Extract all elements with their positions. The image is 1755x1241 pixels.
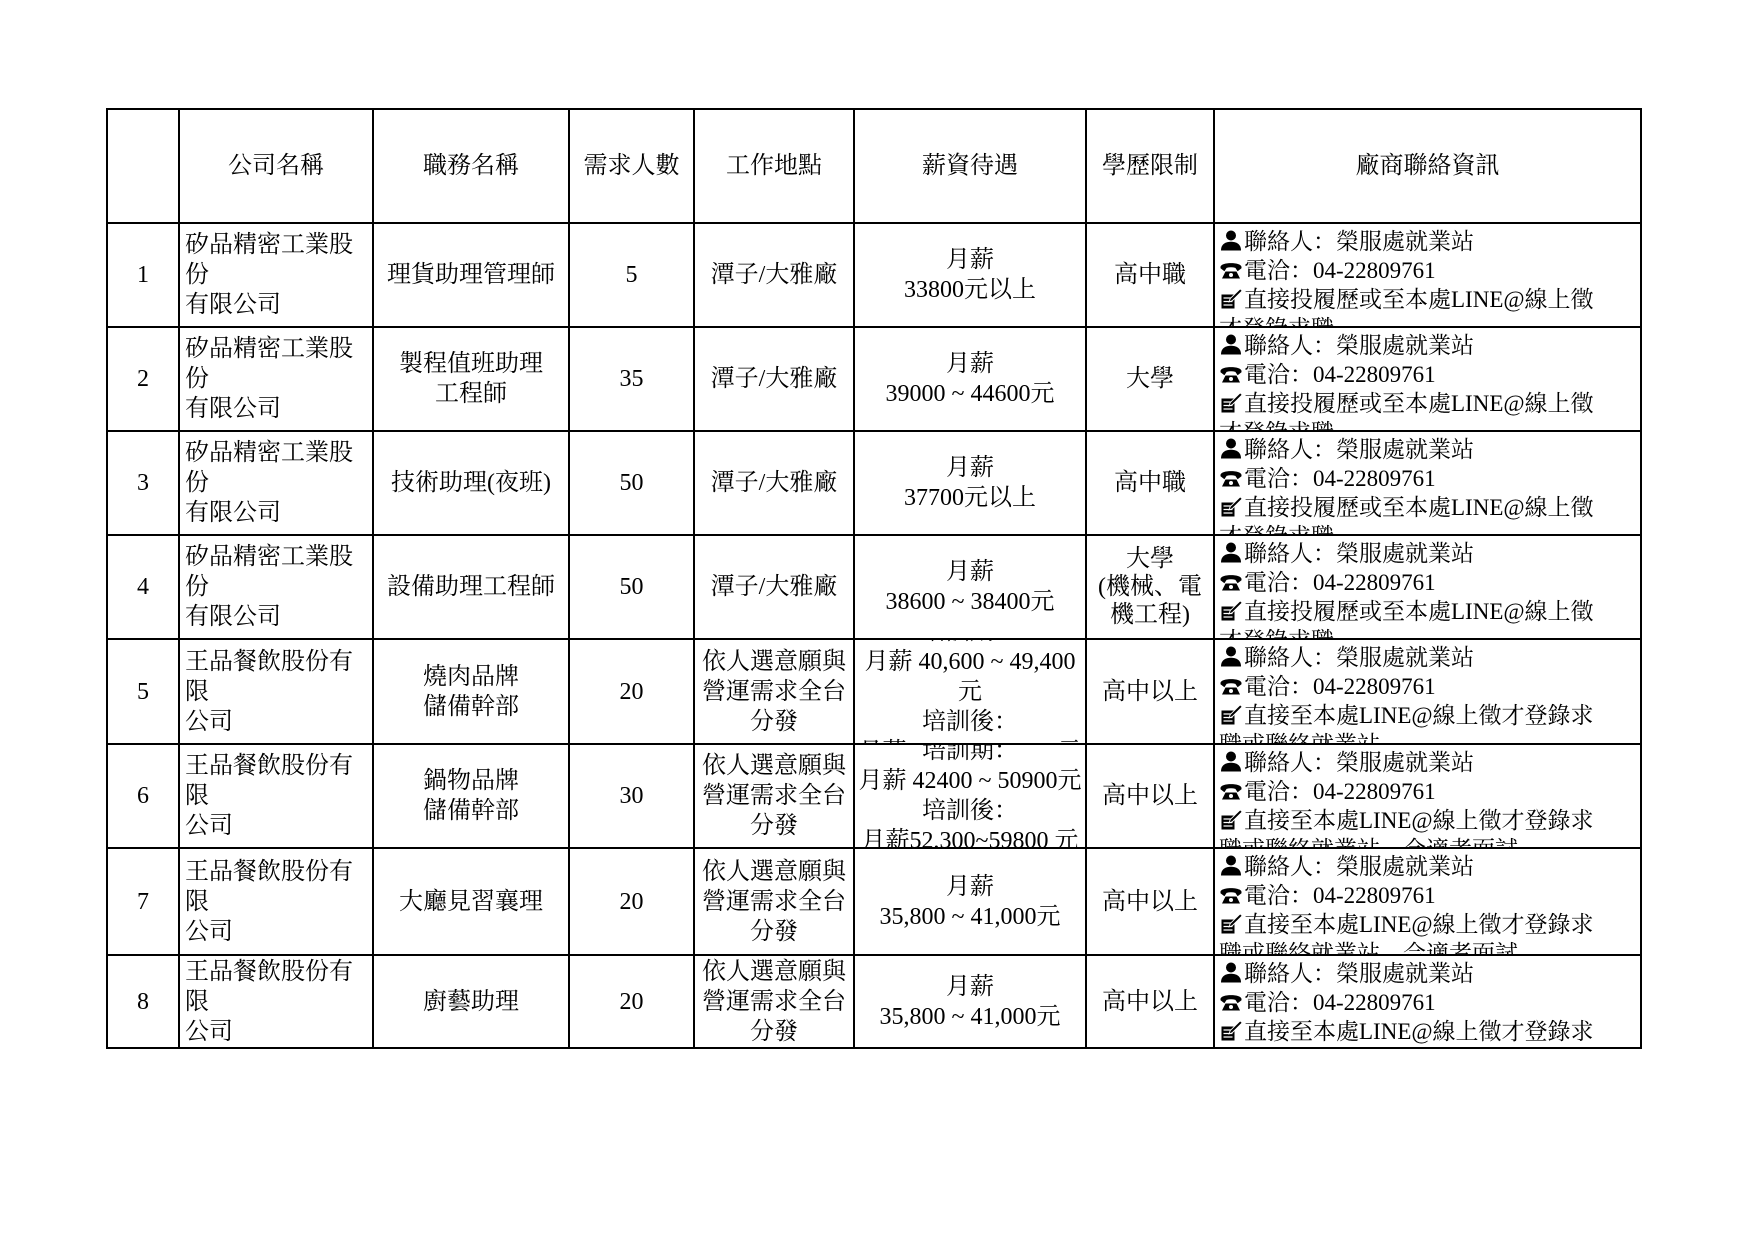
- contact-phone-line: 電洽：04-22809761: [1219, 881, 1638, 910]
- job-title-cell: 廚藝助理: [373, 955, 569, 1048]
- phone-icon: [1219, 466, 1243, 490]
- writing-hand-icon: [1219, 495, 1243, 519]
- person-icon: [1219, 437, 1243, 461]
- table-row: 5 王品餐飲股份有限 公司 燒肉品牌 儲備幹部 20 依人選意願與 營運需求全台…: [107, 639, 1641, 744]
- contact-method-line: 直接投履歷或至本處LINE@線上徵 才登錄求職。: [1219, 597, 1638, 638]
- table-row: 6 王品餐飲股份有限 公司 鍋物品牌 儲備幹部 30 依人選意願與 營運需求全台…: [107, 744, 1641, 848]
- phone-icon: [1219, 362, 1243, 386]
- contact-method-line: 直接至本處LINE@線上徵才登錄求 職或聯絡就業站。: [1219, 701, 1638, 743]
- headcount-cell: 50: [569, 431, 694, 535]
- contact-person-line: 聯絡人：榮服處就業站: [1219, 748, 1638, 777]
- salary-cell: 培訓期： 月薪 42400 ~ 50900元 培訓後： 月薪52,300~598…: [854, 744, 1086, 848]
- job-listing-sheet: 公司名稱 職務名稱 需求人數 工作地點 薪資待遇 學歷限制 廠商聯絡資訊 1 矽…: [106, 108, 1642, 1049]
- salary-cell: 培訓期： 月薪 40,600 ~ 49,400元 培訓後： 月薪49,300~5…: [854, 639, 1086, 744]
- job-title-cell: 理貨助理管理師: [373, 223, 569, 327]
- company-name-cell: 王品餐飲股份有限 公司: [179, 639, 373, 744]
- salary-cell: 月薪 35,800 ~ 41,000元: [854, 848, 1086, 955]
- vendor-contact-cell: 聯絡人：榮服處就業站 電洽：04-22809761: [1214, 327, 1641, 431]
- row-number-cell: 5: [107, 639, 179, 744]
- vendor-contact-cell: 聯絡人：榮服處就業站 電洽：04-22809761: [1214, 431, 1641, 535]
- contact-phone-line: 電洽：04-22809761: [1219, 464, 1638, 493]
- phone-icon: [1219, 570, 1243, 594]
- contact-person-line: 聯絡人：榮服處就業站: [1219, 227, 1638, 256]
- table-row: 8 王品餐飲股份有限 公司 廚藝助理 20 依人選意願與 營運需求全台 分發 月…: [107, 955, 1641, 1048]
- writing-hand-icon: [1219, 703, 1243, 727]
- phone-icon: [1219, 779, 1243, 803]
- headcount-cell: 20: [569, 955, 694, 1048]
- contact-method-line: 直接至本處LINE@線上徵才登錄求 職或聯絡就業站，合適者面試: [1219, 910, 1638, 954]
- writing-hand-icon: [1219, 808, 1243, 832]
- education-cell: 大學: [1086, 327, 1214, 431]
- header-salary: 薪資待遇: [854, 109, 1086, 223]
- person-icon: [1219, 645, 1243, 669]
- person-icon: [1219, 854, 1243, 878]
- company-name-cell: 矽品精密工業股份 有限公司: [179, 431, 373, 535]
- headcount-cell: 50: [569, 535, 694, 639]
- company-name-cell: 矽品精密工業股份 有限公司: [179, 535, 373, 639]
- table-row: 7 王品餐飲股份有限 公司 大廳見習襄理 20 依人選意願與 營運需求全台 分發…: [107, 848, 1641, 955]
- work-location-cell: 潭子/大雅廠: [694, 223, 854, 327]
- row-number-cell: 4: [107, 535, 179, 639]
- salary-cell: 月薪 37700元以上: [854, 431, 1086, 535]
- headcount-cell: 30: [569, 744, 694, 848]
- vendor-contact-cell: 聯絡人：榮服處就業站 電洽：04-22809761: [1214, 744, 1641, 848]
- contact-person-line: 聯絡人：榮服處就業站: [1219, 959, 1638, 988]
- table-row: 1 矽品精密工業股份 有限公司 理貨助理管理師 5 潭子/大雅廠 月薪 3380…: [107, 223, 1641, 327]
- contact-person-line: 聯絡人：榮服處就業站: [1219, 539, 1638, 568]
- salary-cell: 月薪 38600 ~ 38400元: [854, 535, 1086, 639]
- table-row: 2 矽品精密工業股份 有限公司 製程值班助理 工程師 35 潭子/大雅廠 月薪 …: [107, 327, 1641, 431]
- phone-icon: [1219, 258, 1243, 282]
- work-location-cell: 依人選意願與 營運需求全台 分發: [694, 639, 854, 744]
- contact-person-line: 聯絡人：榮服處就業站: [1219, 435, 1638, 464]
- vendor-contact-cell: 聯絡人：榮服處就業站 電洽：04-22809761: [1214, 955, 1641, 1048]
- phone-icon: [1219, 674, 1243, 698]
- work-location-cell: 潭子/大雅廠: [694, 431, 854, 535]
- contact-method-line: 直接投履歷或至本處LINE@線上徵 才登錄求職。: [1219, 389, 1638, 430]
- table-row: 3 矽品精密工業股份 有限公司 技術助理(夜班) 50 潭子/大雅廠 月薪 37…: [107, 431, 1641, 535]
- person-icon: [1219, 541, 1243, 565]
- person-icon: [1219, 750, 1243, 774]
- job-listings-table: 公司名稱 職務名稱 需求人數 工作地點 薪資待遇 學歷限制 廠商聯絡資訊 1 矽…: [106, 108, 1642, 1049]
- work-location-cell: 依人選意願與 營運需求全台 分發: [694, 848, 854, 955]
- headcount-cell: 20: [569, 848, 694, 955]
- contact-person-line: 聯絡人：榮服處就業站: [1219, 331, 1638, 360]
- job-title-cell: 技術助理(夜班): [373, 431, 569, 535]
- contact-phone-line: 電洽：04-22809761: [1219, 568, 1638, 597]
- header-education: 學歷限制: [1086, 109, 1214, 223]
- company-name-cell: 王品餐飲股份有限 公司: [179, 744, 373, 848]
- salary-cell: 月薪 35,800 ~ 41,000元: [854, 955, 1086, 1048]
- writing-hand-icon: [1219, 391, 1243, 415]
- person-icon: [1219, 333, 1243, 357]
- contact-phone-line: 電洽：04-22809761: [1219, 988, 1638, 1017]
- table-header: 公司名稱 職務名稱 需求人數 工作地點 薪資待遇 學歷限制 廠商聯絡資訊: [107, 109, 1641, 223]
- contact-method-line: 直接至本處LINE@線上徵才登錄求 職或聯絡就業站: [1219, 1017, 1638, 1047]
- header-vendor-contact: 廠商聯絡資訊: [1214, 109, 1641, 223]
- person-icon: [1219, 961, 1243, 985]
- contact-phone-line: 電洽：04-22809761: [1219, 672, 1638, 701]
- company-name-cell: 矽品精密工業股份 有限公司: [179, 223, 373, 327]
- contact-method-line: 直接投履歷或至本處LINE@線上徵 才登錄求職。: [1219, 493, 1638, 534]
- job-title-cell: 大廳見習襄理: [373, 848, 569, 955]
- education-cell: 高中以上: [1086, 848, 1214, 955]
- contact-phone-line: 電洽：04-22809761: [1219, 256, 1638, 285]
- job-title-cell: 製程值班助理 工程師: [373, 327, 569, 431]
- education-cell: 高中職: [1086, 431, 1214, 535]
- education-cell: 高中以上: [1086, 955, 1214, 1048]
- contact-phone-line: 電洽：04-22809761: [1219, 777, 1638, 806]
- header-job-title: 職務名稱: [373, 109, 569, 223]
- education-cell: 高中以上: [1086, 639, 1214, 744]
- writing-hand-icon: [1219, 287, 1243, 311]
- table-body: 1 矽品精密工業股份 有限公司 理貨助理管理師 5 潭子/大雅廠 月薪 3380…: [107, 223, 1641, 1048]
- vendor-contact-cell: 聯絡人：榮服處就業站 電洽：04-22809761: [1214, 223, 1641, 327]
- company-name-cell: 矽品精密工業股份 有限公司: [179, 327, 373, 431]
- salary-cell: 月薪 33800元以上: [854, 223, 1086, 327]
- phone-icon: [1219, 883, 1243, 907]
- row-number-cell: 8: [107, 955, 179, 1048]
- work-location-cell: 潭子/大雅廠: [694, 535, 854, 639]
- vendor-contact-cell: 聯絡人：榮服處就業站 電洽：04-22809761: [1214, 535, 1641, 639]
- job-title-cell: 設備助理工程師: [373, 535, 569, 639]
- table-row: 4 矽品精密工業股份 有限公司 設備助理工程師 50 潭子/大雅廠 月薪 386…: [107, 535, 1641, 639]
- header-row: 公司名稱 職務名稱 需求人數 工作地點 薪資待遇 學歷限制 廠商聯絡資訊: [107, 109, 1641, 223]
- work-location-cell: 依人選意願與 營運需求全台 分發: [694, 744, 854, 848]
- header-headcount: 需求人數: [569, 109, 694, 223]
- job-title-cell: 燒肉品牌 儲備幹部: [373, 639, 569, 744]
- phone-icon: [1219, 990, 1243, 1014]
- contact-phone-line: 電洽：04-22809761: [1219, 360, 1638, 389]
- education-cell: 大學 (機械、電機工程): [1086, 535, 1214, 639]
- headcount-cell: 5: [569, 223, 694, 327]
- writing-hand-icon: [1219, 599, 1243, 623]
- job-title-cell: 鍋物品牌 儲備幹部: [373, 744, 569, 848]
- vendor-contact-cell: 聯絡人：榮服處就業站 電洽：04-22809761: [1214, 639, 1641, 744]
- row-number-cell: 3: [107, 431, 179, 535]
- person-icon: [1219, 229, 1243, 253]
- vendor-contact-cell: 聯絡人：榮服處就業站 電洽：04-22809761: [1214, 848, 1641, 955]
- contact-method-line: 直接投履歷或至本處LINE@線上徵 才登錄求職。: [1219, 285, 1638, 326]
- header-index: [107, 109, 179, 223]
- headcount-cell: 20: [569, 639, 694, 744]
- row-number-cell: 6: [107, 744, 179, 848]
- company-name-cell: 王品餐飲股份有限 公司: [179, 955, 373, 1048]
- headcount-cell: 35: [569, 327, 694, 431]
- header-location: 工作地點: [694, 109, 854, 223]
- work-location-cell: 潭子/大雅廠: [694, 327, 854, 431]
- contact-method-line: 直接至本處LINE@線上徵才登錄求 職或聯絡就業站，合適者面試: [1219, 806, 1638, 847]
- row-number-cell: 2: [107, 327, 179, 431]
- work-location-cell: 依人選意願與 營運需求全台 分發: [694, 955, 854, 1048]
- education-cell: 高中職: [1086, 223, 1214, 327]
- company-name-cell: 王品餐飲股份有限 公司: [179, 848, 373, 955]
- row-number-cell: 1: [107, 223, 179, 327]
- writing-hand-icon: [1219, 912, 1243, 936]
- row-number-cell: 7: [107, 848, 179, 955]
- header-company: 公司名稱: [179, 109, 373, 223]
- contact-person-line: 聯絡人：榮服處就業站: [1219, 852, 1638, 881]
- education-cell: 高中以上: [1086, 744, 1214, 848]
- salary-cell: 月薪 39000 ~ 44600元: [854, 327, 1086, 431]
- writing-hand-icon: [1219, 1019, 1243, 1043]
- contact-person-line: 聯絡人：榮服處就業站: [1219, 643, 1638, 672]
